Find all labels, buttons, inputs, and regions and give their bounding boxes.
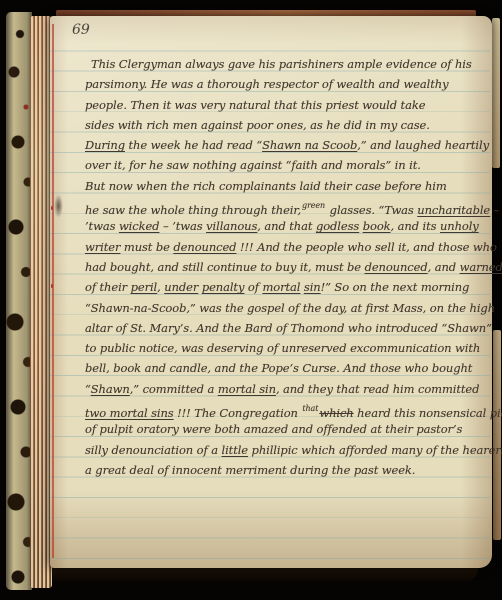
text-segment: of pulpit oratory were both amazed and o…	[85, 422, 462, 436]
manuscript-line: But now when the rich complainants laid …	[85, 176, 484, 196]
manuscript-line: sides with rich men against poor ones, a…	[85, 115, 484, 135]
manuscript-line: ’twas wicked – ’twas villanous, and that…	[85, 216, 484, 236]
text-segment: , and its	[391, 219, 440, 233]
underlined-word: godless	[316, 219, 359, 233]
underlined-word: denounced	[365, 260, 428, 274]
inserted-word: that	[302, 404, 318, 413]
underlined-word: warned	[460, 260, 502, 274]
underlined-word: denounced	[173, 240, 236, 254]
underlined-word: wicked	[119, 219, 160, 233]
page-number: 69	[72, 22, 90, 38]
text-segment: But now when the rich complainants laid …	[85, 179, 447, 193]
manuscript-line: bell, book and candle, and the Pope’s Cu…	[85, 358, 484, 378]
manuscript-line: “Shawn,” committed a mortal sin, and the…	[85, 379, 484, 399]
manuscript-line: “Shawn-na-Scoob,” was the gospel of the …	[85, 298, 484, 318]
underlined-word: little	[222, 443, 248, 457]
manuscript-line: of their peril, under penalty of mortal …	[85, 277, 484, 297]
text-segment: had bought, and still continue to buy it…	[85, 260, 365, 274]
underlined-word: Shawn na Scoob	[262, 138, 357, 152]
text-segment: heard this nonsensical piece	[354, 406, 502, 420]
manuscript-line: to public notice, was deserving of unres…	[85, 338, 484, 358]
text-segment: over it, for he saw nothing against “fai…	[85, 158, 421, 172]
text-segment: !” So on the next morning	[321, 280, 470, 294]
text-segment: , and that	[257, 219, 316, 233]
text-segment: !!! The Congregation	[174, 406, 302, 420]
text-segment: glasses. “Twas	[326, 203, 417, 217]
text-segment: the week he had read “	[125, 138, 262, 152]
underlined-word: book	[363, 219, 391, 233]
page-edges-stack	[30, 16, 52, 588]
underlined-word: mortal	[262, 280, 300, 294]
text-segment: of their	[85, 280, 131, 294]
inserted-word: green	[302, 201, 325, 210]
manuscript-line: people. Then it was very natural that th…	[85, 95, 484, 115]
manuscript-line: This Clergyman always gave his parishine…	[85, 54, 484, 74]
text-segment: phillipic which afforded many of the hea…	[248, 443, 502, 457]
ink-smudge	[54, 194, 63, 218]
manuscript-line: parsimony. He was a thorough respector o…	[85, 74, 484, 94]
text-segment: people. Then it was very natural that th…	[85, 98, 425, 112]
photograph-of-open-book: 69 This Clergyman always gave his parish…	[0, 0, 502, 600]
underlined-word: sin	[304, 280, 321, 294]
text-segment: ’twas	[85, 219, 119, 233]
text-segment: – ’twas	[159, 219, 206, 233]
text-segment: parsimony. He was a thorough respector o…	[85, 77, 448, 91]
underlined-word: villanous	[206, 219, 257, 233]
text-segment: to public notice, was deserving of unres…	[85, 341, 480, 355]
text-segment: !!! And the people who sell it, and thos…	[236, 240, 496, 254]
underlined-word: penalty	[202, 280, 245, 294]
manuscript-line: silly denounciation of a little phillipi…	[85, 440, 484, 460]
manuscript-line: had bought, and still continue to buy it…	[85, 257, 484, 277]
text-segment: , and	[428, 260, 460, 274]
red-ink-speck	[51, 206, 53, 210]
text-segment: ,” committed a	[130, 382, 218, 396]
text-segment: sides with rich men against poor ones, a…	[85, 118, 430, 132]
underlined-word: mortal sin	[218, 382, 276, 396]
adjacent-page-edge	[493, 330, 501, 540]
manuscript-page: 69 This Clergyman always gave his parish…	[50, 16, 492, 568]
underlined-word: Shawn	[91, 382, 130, 396]
manuscript-line: altar of St. Mary’s. And the Bard of Tho…	[85, 318, 484, 338]
text-segment: of	[244, 280, 262, 294]
red-ink-speck	[51, 284, 53, 288]
manuscript-line: he saw the whole thing through their,gre…	[85, 196, 484, 216]
marbled-book-cover	[6, 12, 32, 590]
underlined-word: under	[164, 280, 198, 294]
underlined-word: unholy	[440, 219, 479, 233]
text-segment: bell, book and candle, and the Pope’s Cu…	[85, 361, 472, 375]
red-margin-line	[52, 24, 54, 558]
underlined-word: writer	[85, 240, 120, 254]
manuscript-line: two mortal sins !!! The Congregation tha…	[85, 399, 484, 419]
underlined-word: peril	[131, 280, 158, 294]
manuscript-line: over it, for he saw nothing against “fai…	[85, 155, 484, 175]
underlined-word: uncharitable	[417, 203, 490, 217]
underlined-word: During	[85, 138, 125, 152]
adjacent-page-edge	[492, 18, 500, 168]
struck-word: which	[319, 406, 353, 420]
manuscript-line: of pulpit oratory were both amazed and o…	[85, 419, 484, 439]
text-segment: a great deal of innocent merriment durin…	[85, 463, 415, 477]
text-segment: silly denounciation of a	[85, 443, 222, 457]
manuscript-line: a great deal of innocent merriment durin…	[85, 460, 484, 480]
text-segment: altar of St. Mary’s. And the Bard of Tho…	[85, 321, 492, 335]
manuscript-line: writer must be denounced !!! And the peo…	[85, 237, 484, 257]
text-segment: ,” and laughed heartily	[357, 138, 489, 152]
text-segment: –	[490, 203, 499, 217]
manuscript-text: This Clergyman always gave his parishine…	[85, 54, 484, 480]
text-segment: “Shawn-na-Scoob,” was the gospel of the …	[85, 301, 495, 315]
manuscript-line: During the week he had read “Shawn na Sc…	[85, 135, 484, 155]
text-segment: he saw the whole thing through their,	[85, 203, 301, 217]
text-segment: This Clergyman always gave his parishine…	[91, 57, 472, 71]
text-segment: , and they that read him committed	[276, 382, 479, 396]
text-segment: must be	[120, 240, 173, 254]
underlined-word: two mortal sins	[85, 406, 174, 420]
